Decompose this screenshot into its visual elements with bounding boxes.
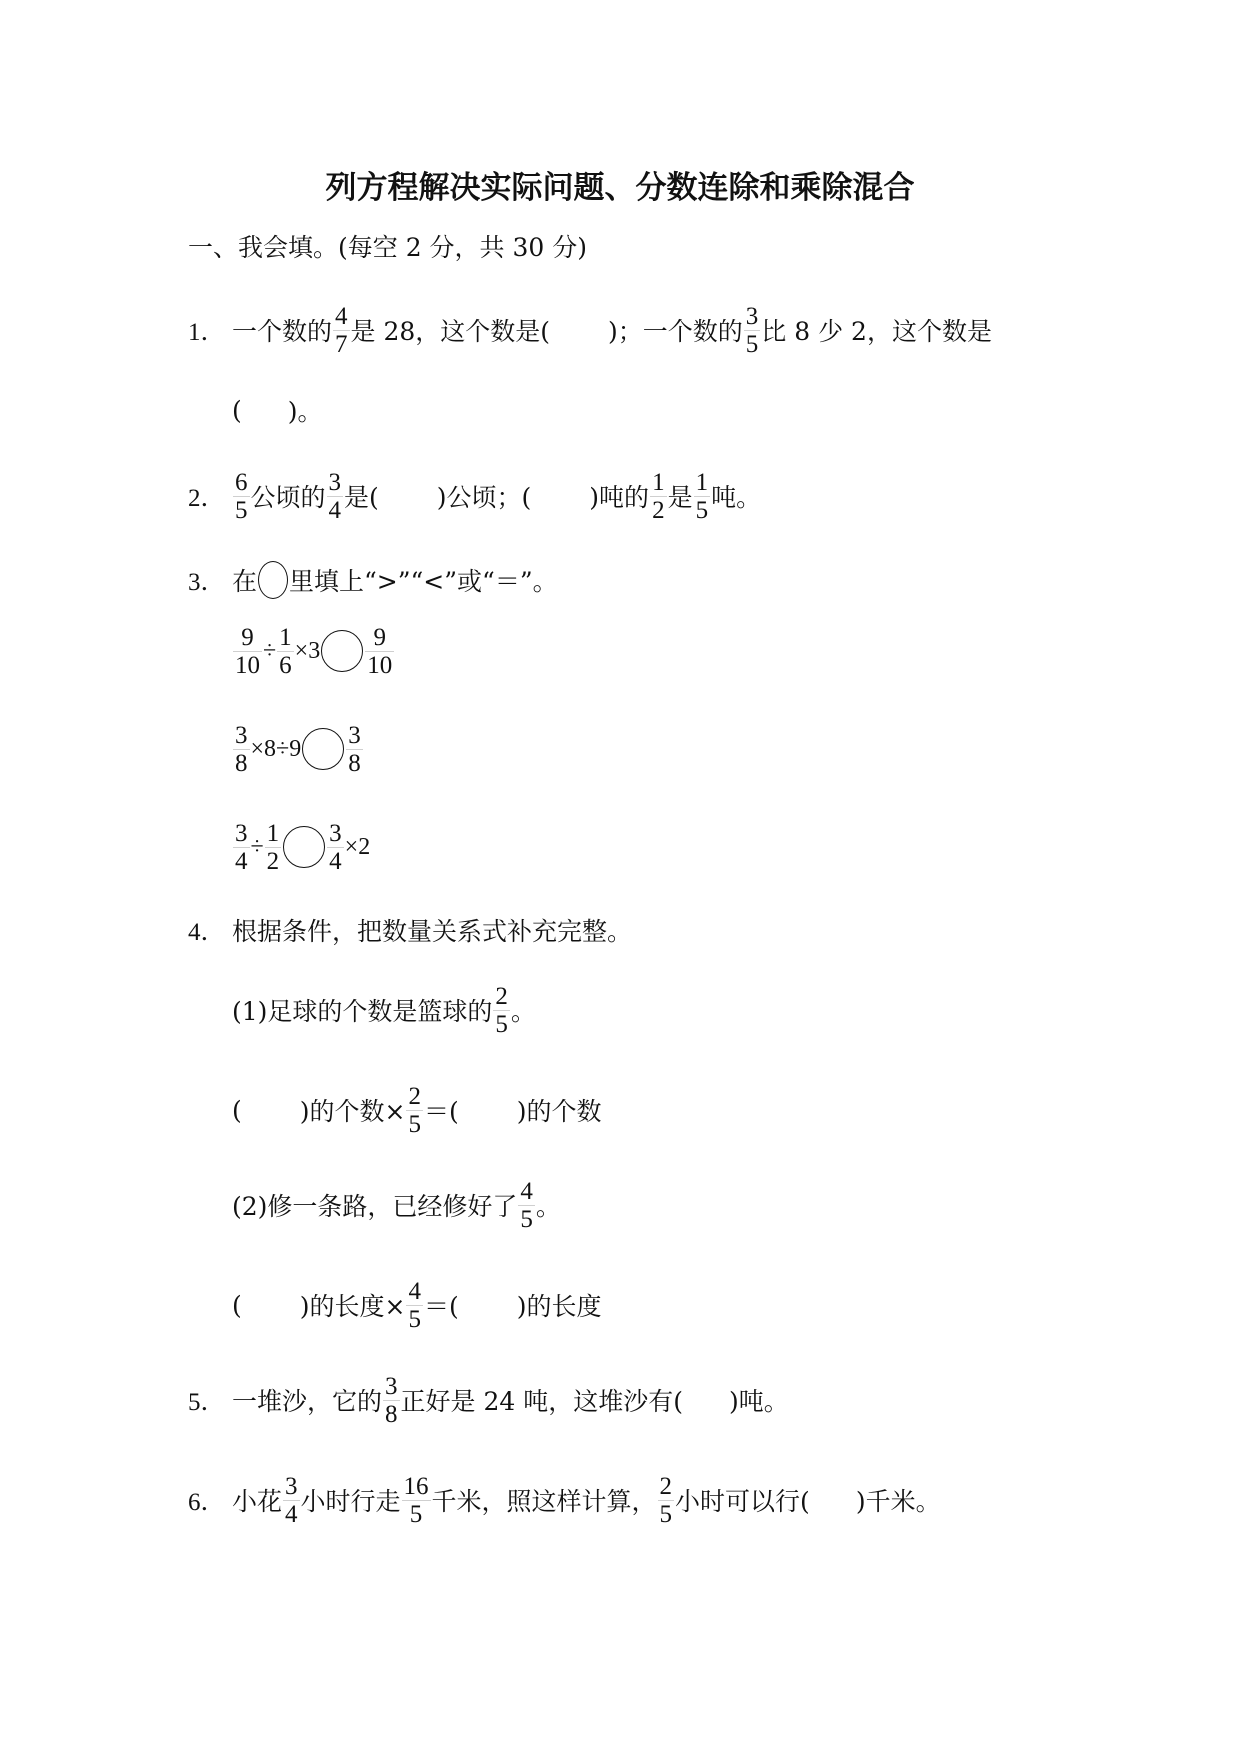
- equation-text: )的个数×: [300, 1092, 406, 1128]
- question-text: 千米，照这样计算，: [432, 1482, 657, 1518]
- equation-text: ＝(: [424, 1287, 459, 1323]
- question-text: 小时可以行(: [675, 1482, 810, 1518]
- compare-item-3: 34 ÷ 12 34 ×2: [232, 817, 370, 877]
- condition-text: (2)修一条路，已经修好了: [232, 1187, 517, 1223]
- question-4-equation-1: ( )的个数× 25 ＝( )的个数: [232, 1080, 602, 1140]
- page-title: 列方程解决实际问题、分数连除和乘除混合: [0, 162, 1240, 207]
- equation-text: )的长度×: [300, 1287, 406, 1323]
- question-text: 里填上“>”“<”或“＝”。: [289, 562, 558, 598]
- question-text: 比 8 少 2，这个数是: [761, 312, 992, 348]
- question-text: 一个数的: [232, 312, 332, 348]
- question-4-equation-2: ( )的长度× 45 ＝( )的长度: [232, 1275, 602, 1335]
- question-6: 6． 小花 34 小时行走 165 千米，照这样计算， 25 小时可以行( )千…: [188, 1470, 941, 1530]
- question-text: 小花: [232, 1482, 282, 1518]
- paren-close: )。: [288, 392, 323, 428]
- compare-circle-input[interactable]: [302, 728, 344, 770]
- operator: ÷: [251, 834, 264, 861]
- question-text: 是 28，这个数是(: [351, 312, 551, 348]
- fraction: 45: [406, 1278, 423, 1333]
- fraction: 34: [283, 1473, 300, 1528]
- question-4: 4． 根据条件，把数量关系式补充完整。: [188, 900, 632, 960]
- fraction: 34: [327, 820, 344, 875]
- section-label: 一、我会填。(每空 2 分，共 30 分): [188, 228, 587, 264]
- fraction: 34: [233, 820, 250, 875]
- condition-text: (1)足球的个数是篮球的: [232, 992, 492, 1028]
- question-4-condition-1: (1)足球的个数是篮球的 25 。: [232, 980, 536, 1040]
- equation-text: )的长度: [517, 1287, 602, 1323]
- question-text: 小时行走: [301, 1482, 401, 1518]
- fraction: 910: [365, 624, 394, 679]
- paren-open: (: [232, 396, 242, 425]
- circle-icon: [258, 561, 288, 599]
- fraction: 65: [233, 469, 250, 524]
- compare-item-1: 910 ÷ 16 ×3 910: [232, 621, 395, 681]
- punctuation: 。: [511, 992, 536, 1028]
- fraction: 165: [402, 1473, 431, 1528]
- fraction: 38: [383, 1373, 400, 1428]
- question-text: 一堆沙，它的: [232, 1382, 382, 1418]
- question-text: 公顷的: [251, 478, 326, 514]
- fraction: 47: [333, 303, 350, 358]
- question-2: 2． 65 公顷的 34 是( )公顷；( )吨的 12 是 15 吨。: [188, 466, 761, 526]
- question-text: 在: [232, 562, 257, 598]
- question-text: )；一个数的: [608, 312, 743, 348]
- fraction: 34: [327, 469, 344, 524]
- compare-circle-input[interactable]: [321, 630, 363, 672]
- question-number: 1．: [188, 312, 232, 348]
- fraction: 38: [346, 722, 363, 777]
- fraction: 45: [518, 1178, 535, 1233]
- equation-text: ＝(: [424, 1092, 459, 1128]
- fraction: 15: [694, 469, 711, 524]
- question-1-continuation: ( )。: [232, 380, 323, 440]
- fraction: 16: [277, 624, 294, 679]
- question-3: 3． 在 里填上“>”“<”或“＝”。: [188, 550, 558, 610]
- fraction: 25: [493, 983, 510, 1038]
- equation-text: )的个数: [517, 1092, 602, 1128]
- question-text: )公顷；(: [437, 478, 532, 514]
- operator: ×2: [345, 834, 371, 861]
- fraction: 35: [744, 303, 761, 358]
- punctuation: 。: [536, 1187, 561, 1223]
- question-text: )吨。: [729, 1382, 789, 1418]
- section-header: 一、我会填。(每空 2 分，共 30 分): [188, 216, 587, 276]
- question-text: 正好是 24 吨，这堆沙有(: [401, 1382, 683, 1418]
- question-4-condition-2: (2)修一条路，已经修好了 45 。: [232, 1175, 561, 1235]
- operator: ÷: [263, 638, 276, 665]
- question-number: 5．: [188, 1382, 232, 1418]
- operator: ×8÷9: [251, 736, 302, 763]
- question-text: 吨。: [711, 478, 761, 514]
- fraction: 12: [265, 820, 282, 875]
- question-text: 根据条件，把数量关系式补充完整。: [232, 912, 632, 948]
- question-text: 是(: [344, 478, 379, 514]
- question-5: 5． 一堆沙，它的 38 正好是 24 吨，这堆沙有( )吨。: [188, 1370, 789, 1430]
- question-text: )千米。: [856, 1482, 941, 1518]
- operator: ×3: [295, 638, 321, 665]
- fraction: 910: [233, 624, 262, 679]
- fraction: 25: [658, 1473, 675, 1528]
- question-number: 4．: [188, 912, 232, 948]
- question-text: )吨的: [589, 478, 649, 514]
- question-text: 是: [668, 478, 693, 514]
- paren-open: (: [232, 1096, 242, 1125]
- fraction: 25: [406, 1083, 423, 1138]
- paren-open: (: [232, 1291, 242, 1320]
- fraction: 12: [650, 469, 667, 524]
- fraction: 38: [233, 722, 250, 777]
- compare-item-2: 38 ×8÷9 38: [232, 719, 364, 779]
- question-number: 3．: [188, 562, 232, 598]
- question-number: 2．: [188, 478, 232, 514]
- question-1: 1． 一个数的 47 是 28，这个数是( )；一个数的 35 比 8 少 2，…: [188, 300, 992, 360]
- compare-circle-input[interactable]: [283, 826, 325, 868]
- question-number: 6．: [188, 1482, 232, 1518]
